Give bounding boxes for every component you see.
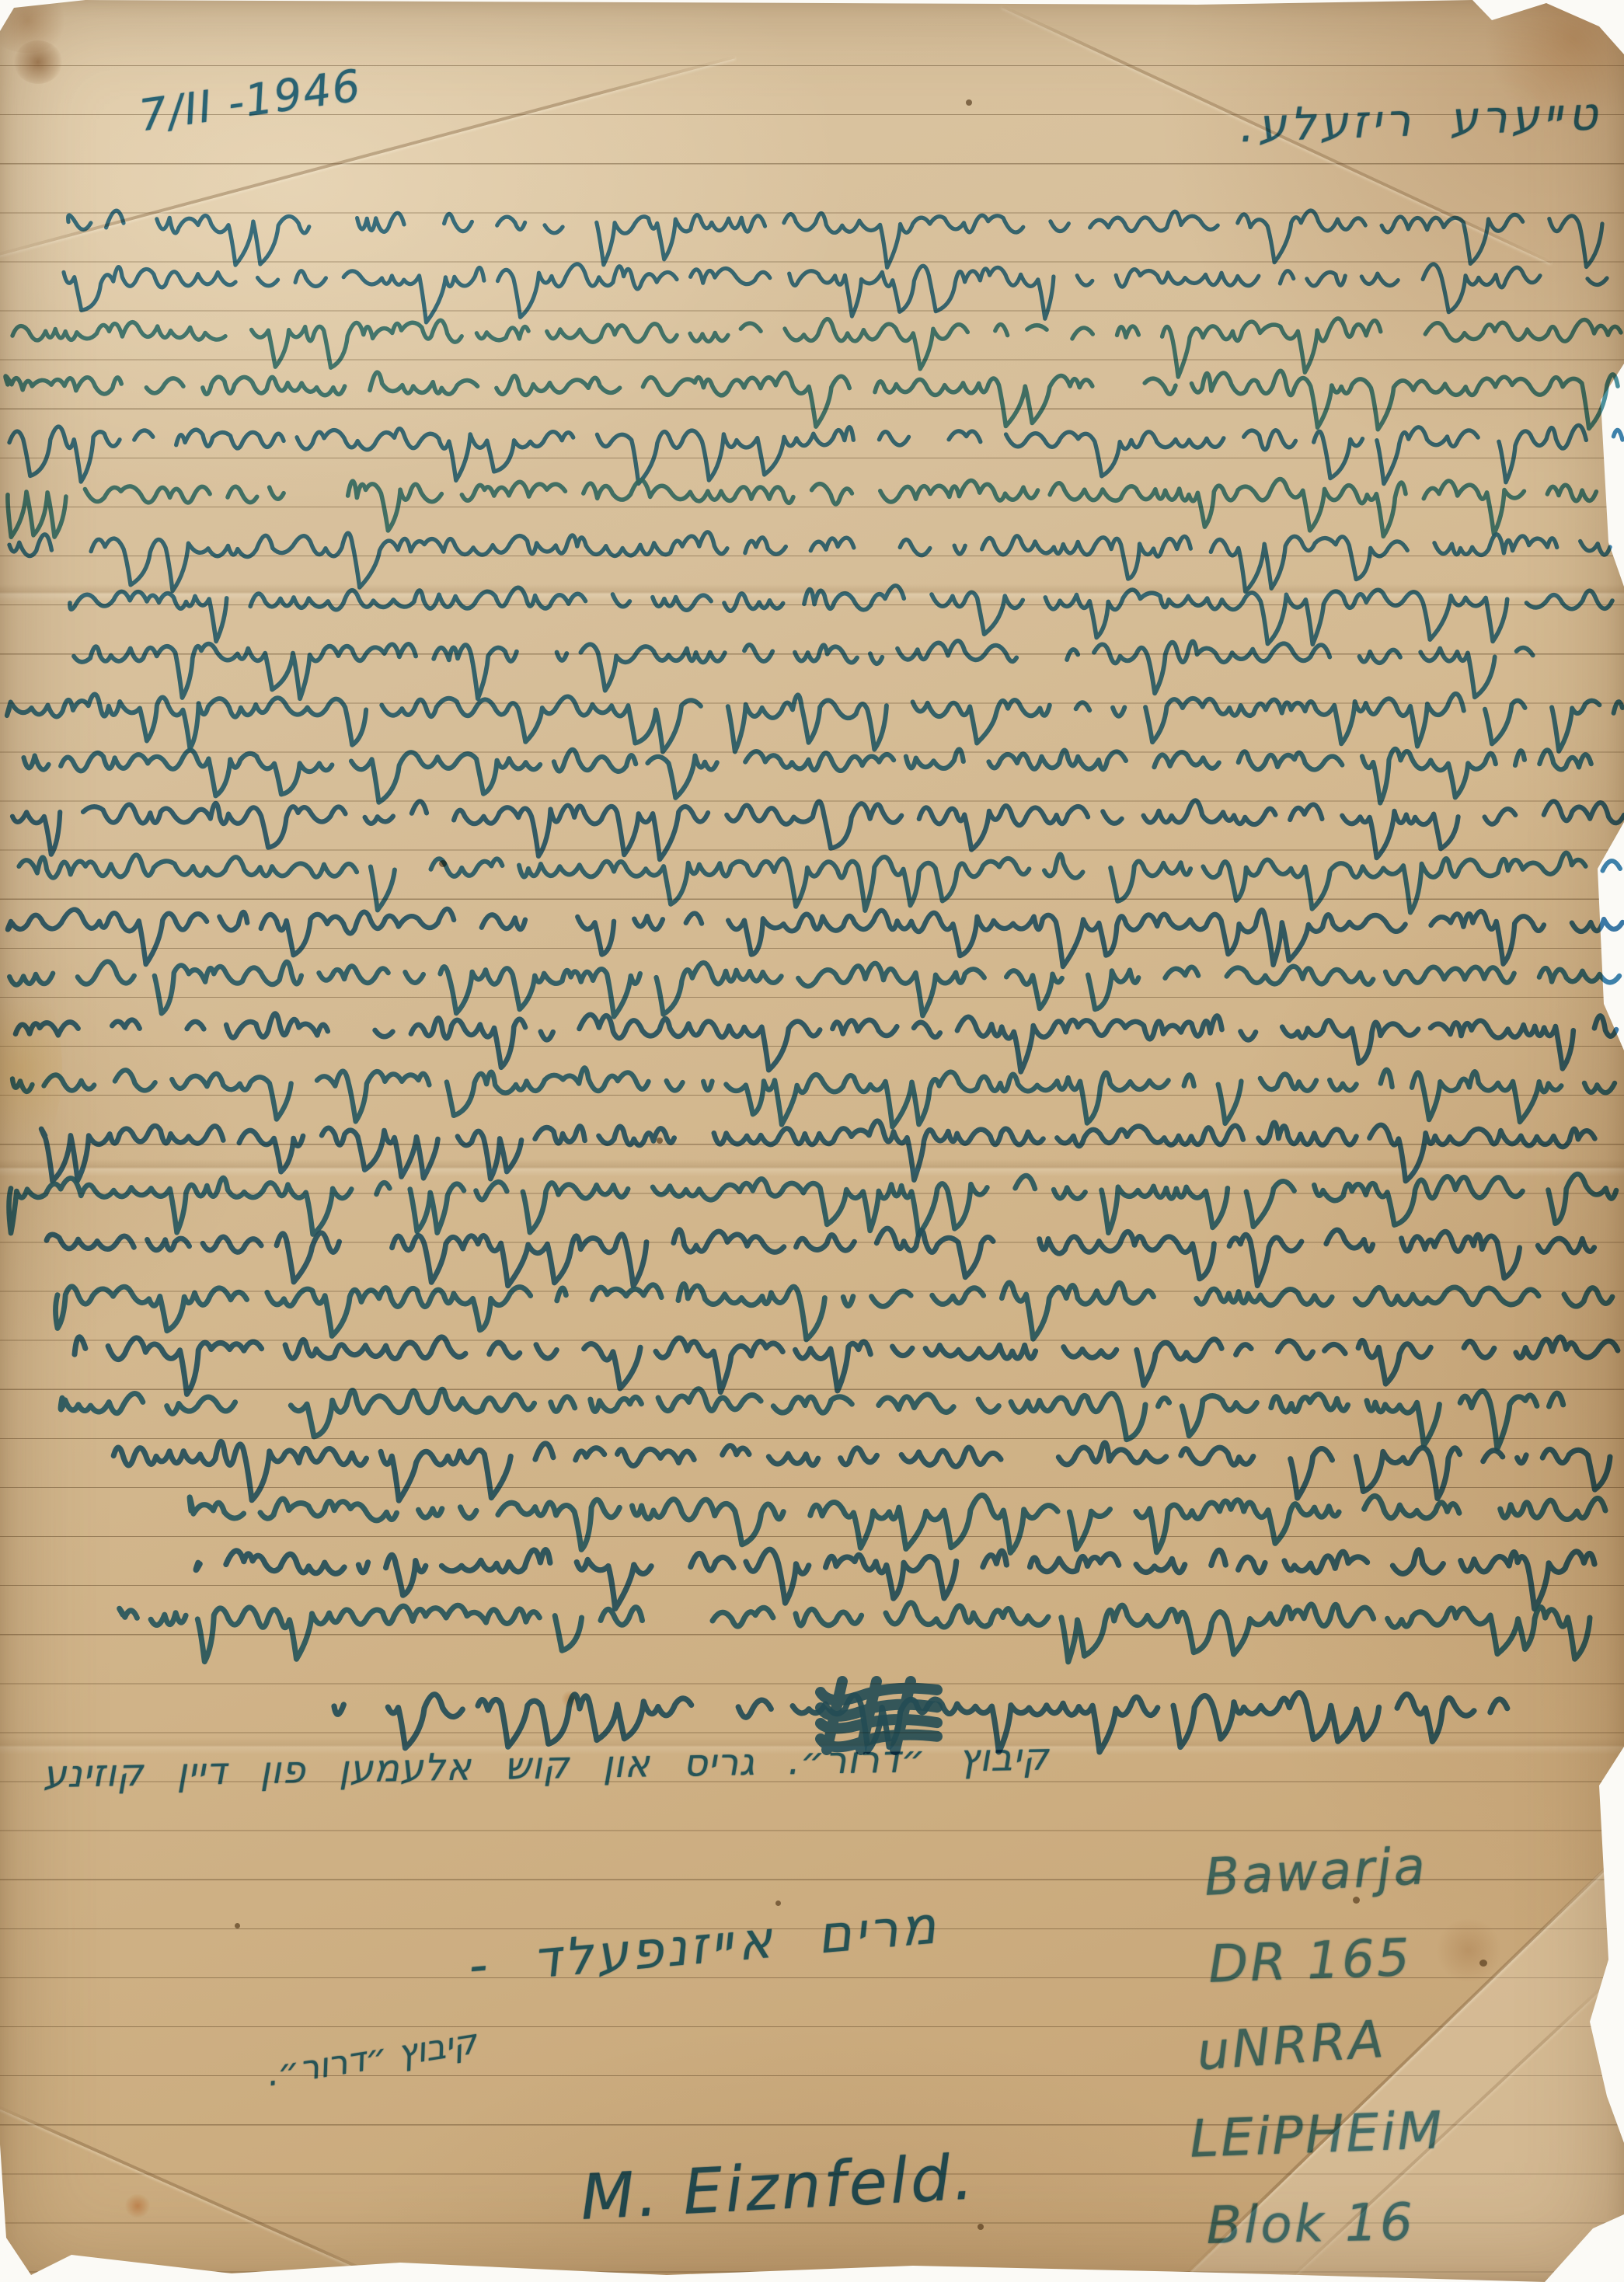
handwriting-line xyxy=(61,1389,1563,1449)
handwriting-line xyxy=(56,1283,1613,1340)
handwriting-line xyxy=(9,1174,1617,1235)
handwriting-line xyxy=(9,962,1619,1017)
address-line-unrra: uNRRA xyxy=(1195,2005,1455,2110)
handwriting-line xyxy=(8,479,1596,538)
handwriting-line xyxy=(19,853,1620,913)
handwriting-line xyxy=(12,319,1621,377)
handwriting-line xyxy=(196,1549,1594,1608)
handwriting-line xyxy=(70,586,1612,645)
handwriting-line xyxy=(8,909,1622,967)
handwriting-line xyxy=(68,211,1602,267)
handwriting-line xyxy=(7,694,1622,752)
handwriting-line xyxy=(113,1441,1610,1500)
handwriting-line xyxy=(190,1495,1605,1552)
handwriting-line xyxy=(64,264,1607,322)
handwriting-line xyxy=(9,425,1622,483)
handwriting-line xyxy=(9,532,1610,591)
handwriting-line xyxy=(120,1603,1590,1662)
address-block: Bawarja DR 165 uNRRA LEiPHEiM Blok 16 xyxy=(1203,1848,1457,2282)
handwriting-line xyxy=(24,749,1591,803)
handwriting-line xyxy=(12,800,1624,859)
address-line-leipheim: LEiPHEiM xyxy=(1189,2100,1446,2196)
address-line-region: Bawarja xyxy=(1203,1834,1462,1935)
handwriting-line xyxy=(74,641,1533,699)
handwriting-line xyxy=(41,1121,1594,1181)
letter-scan: 7/II -1946 טײערע ריזעלע. קיבוץ ״דרור״. ג… xyxy=(0,0,1624,2282)
handwriting-line xyxy=(12,1068,1615,1127)
handwriting-line xyxy=(16,1014,1616,1072)
handwriting-line xyxy=(47,1228,1594,1286)
handwriting-line xyxy=(5,371,1618,429)
handwriting-line xyxy=(75,1337,1618,1395)
address-line-blok: Blok 16 xyxy=(1206,2191,1462,2282)
